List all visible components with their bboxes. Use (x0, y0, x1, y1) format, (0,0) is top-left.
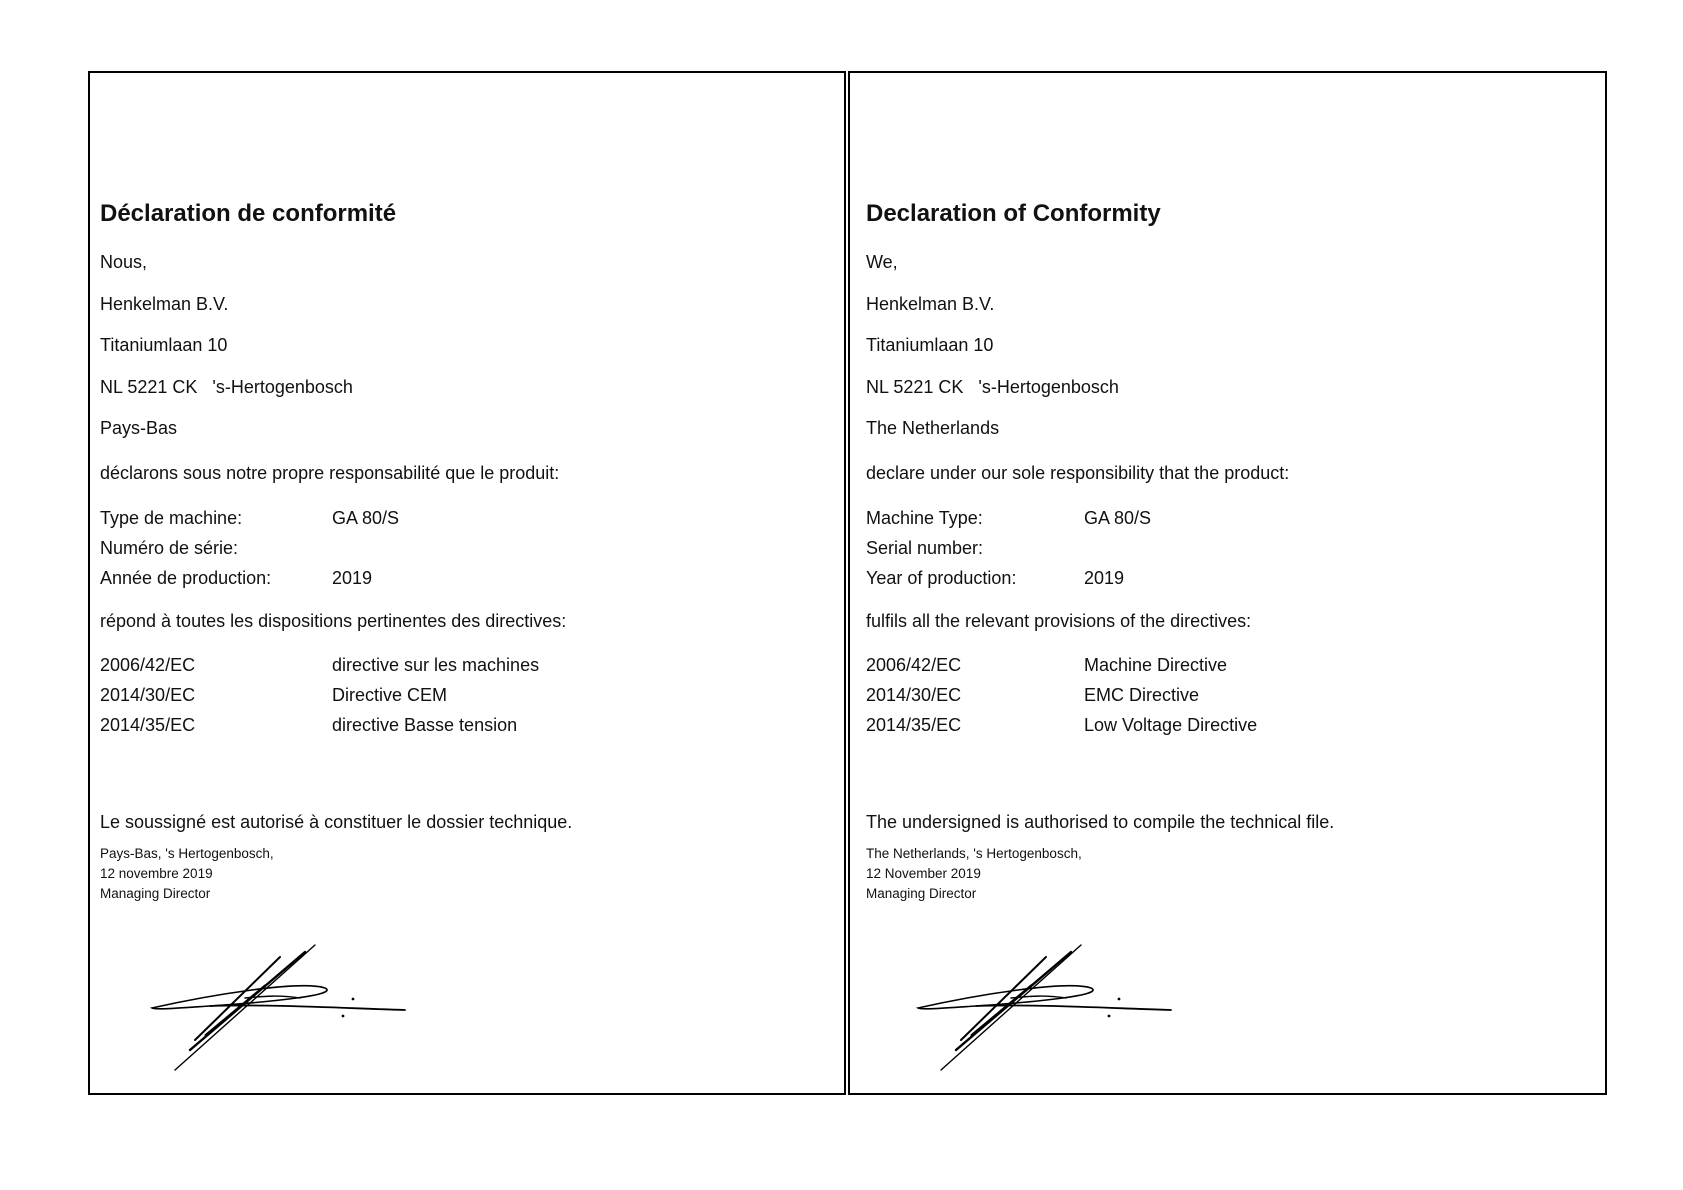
document-title: Déclaration de conformité (100, 200, 396, 228)
company-country: Pays-Bas (100, 418, 177, 438)
directive-code: 2014/30/EC (866, 685, 961, 705)
signature-place: Pays-Bas, 's Hertogenbosch, (100, 846, 274, 862)
signature-date: 12 November 2019 (866, 866, 981, 882)
signature-date: 12 novembre 2019 (100, 866, 213, 882)
authorisation-statement: The undersigned is authorised to compile… (866, 812, 1334, 832)
signature-icon (150, 940, 420, 1075)
product-field-label: Serial number: (866, 538, 983, 558)
product-field-label: Numéro de série: (100, 538, 238, 558)
directive-code: 2014/35/EC (100, 715, 195, 735)
product-field-value: GA 80/S (332, 508, 399, 528)
signature-role: Managing Director (100, 886, 210, 902)
product-field-label: Type de machine: (100, 508, 242, 528)
directive-name: directive Basse tension (332, 715, 517, 735)
product-field-label: Machine Type: (866, 508, 983, 528)
company-name: Henkelman B.V. (100, 294, 228, 314)
document-title: Declaration of Conformity (866, 200, 1161, 228)
product-field-label: Year of production: (866, 568, 1016, 588)
company-country: The Netherlands (866, 418, 999, 438)
company-city: NL 5221 CK 's-Hertogenbosch (866, 377, 1119, 397)
directive-name: EMC Directive (1084, 685, 1199, 705)
directive-code: 2006/42/EC (100, 655, 195, 675)
directive-name: Machine Directive (1084, 655, 1227, 675)
company-street: Titaniumlaan 10 (866, 335, 993, 355)
directive-code: 2006/42/EC (866, 655, 961, 675)
intro-text: Nous, (100, 252, 147, 272)
authorisation-statement: Le soussigné est autorisé à constituer l… (100, 812, 572, 832)
company-street: Titaniumlaan 10 (100, 335, 227, 355)
directive-name: directive sur les machines (332, 655, 539, 675)
product-field-value: 2019 (1084, 568, 1124, 588)
directive-name: Directive CEM (332, 685, 447, 705)
product-field-label: Année de production: (100, 568, 271, 588)
declaration-statement: déclarons sous notre propre responsabili… (100, 463, 559, 483)
directives-statement: fulfils all the relevant provisions of t… (866, 611, 1251, 631)
product-field-value: 2019 (332, 568, 372, 588)
directive-code: 2014/30/EC (100, 685, 195, 705)
directive-name: Low Voltage Directive (1084, 715, 1257, 735)
signature-place: The Netherlands, 's Hertogenbosch, (866, 846, 1082, 862)
directive-code: 2014/35/EC (866, 715, 961, 735)
directives-statement: répond à toutes les dispositions pertine… (100, 611, 566, 631)
signature-icon (916, 940, 1186, 1075)
intro-text: We, (866, 252, 898, 272)
declaration-statement: declare under our sole responsibility th… (866, 463, 1289, 483)
company-city: NL 5221 CK 's-Hertogenbosch (100, 377, 353, 397)
signature-role: Managing Director (866, 886, 976, 902)
product-field-value: GA 80/S (1084, 508, 1151, 528)
company-name: Henkelman B.V. (866, 294, 994, 314)
